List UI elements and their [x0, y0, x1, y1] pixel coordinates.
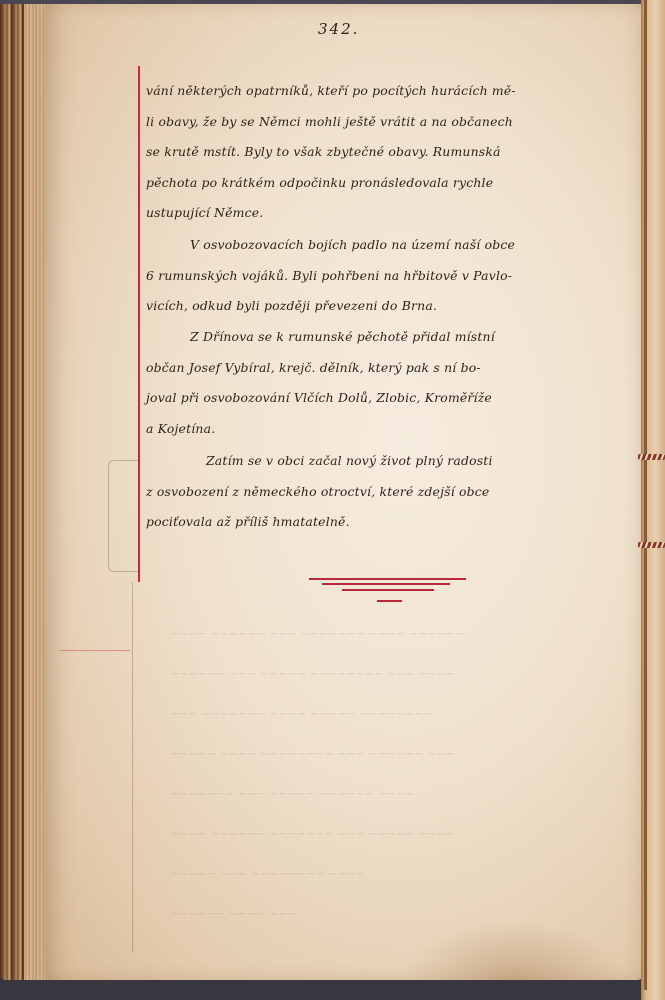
bleed-through-text: ~~~~ ~~~~~~ ~~~~~~~ ~~~ ~~~~~ ~~~~	[170, 820, 455, 848]
bleed-through-text: ~~~~~~ ~~~ ~~~~~ ~~~~~~~~ ~~~ ~~~~	[170, 660, 455, 688]
closing-rule	[377, 600, 402, 602]
bleed-through-mark	[60, 650, 130, 651]
bleed-through-text: ~~~ ~~~~~~~ ~~~~ ~~~~~ ~~~~~~~~	[170, 700, 433, 728]
page-number: 342.	[318, 20, 359, 38]
text-line: vání některých opatrníků, kteří po pocít…	[146, 76, 624, 107]
text-line: joval při osvobozování Vlčích Dolů, Zlob…	[146, 383, 624, 414]
closing-rule	[342, 589, 434, 591]
text-line: se krutě mstít. Byly to však zbytečné ob…	[146, 137, 624, 168]
bleed-through-text: ~~~~~ ~~~~ ~~~~~~~~ ~~~ ~~~~~~ ~~~	[170, 740, 455, 768]
bleed-through-text: ~~~~ ~~~~~~ ~~~ ~~~~~~~ ~~~~ ~~~~~~	[170, 620, 464, 648]
text-line: Z Dřínova se k rumunské pěchotě přidal m…	[146, 322, 624, 353]
text-line: z osvobození z německého otroctví, které…	[146, 477, 624, 508]
text-line: pociťovala až příliš hmatatelně.	[146, 507, 624, 538]
faint-margin-line	[132, 582, 133, 952]
text-line: pěchota po krátkém odpočinku pronásledov…	[146, 168, 624, 199]
binding-stitch-icon	[638, 454, 665, 460]
text-line: V osvobozovacích bojích padlo na území n…	[146, 230, 624, 261]
text-line: li obavy, že by se Němci mohli ještě vrá…	[146, 107, 624, 138]
bleed-through-text: ~~~~~~ ~~~~ ~~~	[170, 900, 297, 928]
bleed-through-text: ~~~~~~~ ~~~ ~~~~~ ~~~~~~ ~~~~	[170, 780, 414, 808]
text-line: Zatím se v obci začal nový život plný ra…	[146, 446, 624, 477]
paragraph-3: Z Dřínova se k rumunské pěchotě přidal m…	[146, 322, 624, 444]
closing-rule	[322, 583, 450, 585]
paragraph-2: V osvobozovacích bojích padlo na území n…	[146, 230, 624, 322]
text-line: občan Josef Vybíral, krejč. dělník, kter…	[146, 353, 624, 384]
text-line: vicích, odkud byli později převezeni do …	[146, 291, 624, 322]
photo-scene: ~~~~ ~~~~~~ ~~~ ~~~~~~~ ~~~~ ~~~~~~ ~~~~…	[0, 0, 665, 1000]
pencil-bracket-mark	[108, 460, 139, 572]
closing-rule	[309, 578, 466, 580]
bleed-through-text: ~~~~~ ~~~ ~~~~~~~~ ~~~~	[170, 860, 365, 888]
binding-stitch-icon	[638, 542, 665, 548]
paragraph-4: Zatím se v obci začal nový život plný ra…	[146, 446, 624, 538]
paragraph-1: vání některých opatrníků, kteří po pocít…	[146, 76, 624, 229]
text-line: ustupující Němce.	[146, 198, 624, 229]
text-line: a Kojetína.	[146, 414, 624, 445]
text-line: 6 rumunských vojáků. Byli pohřbeni na hř…	[146, 261, 624, 292]
page-stack-edges	[0, 4, 50, 980]
binding-gutter-line	[644, 0, 647, 990]
